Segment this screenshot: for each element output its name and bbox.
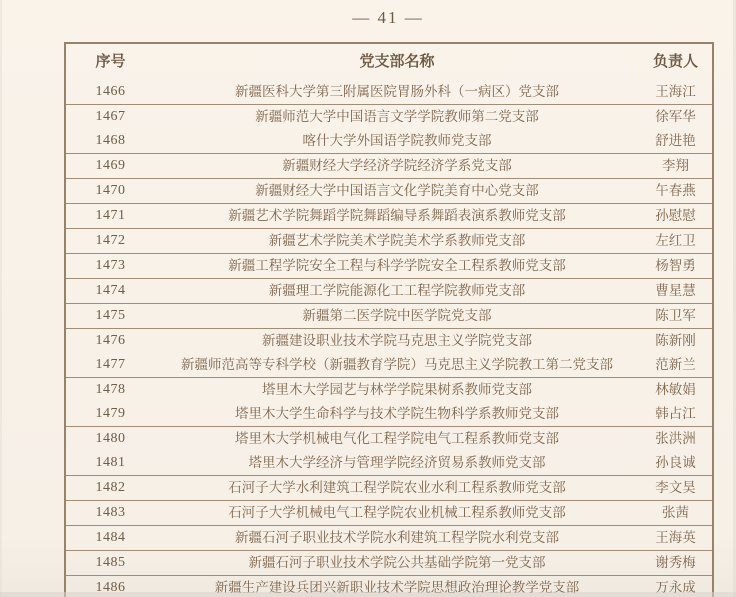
document-page: — 41 — 序号 党支部名称 负责人 1466新疆医科大学第三附属医院胃肠外科…	[0, 0, 736, 597]
table-row: 1477新疆师范高等专科学校（新疆教育学院）马克思主义学院教工第二党支部范新兰	[65, 353, 713, 378]
row-branch-name: 新疆第二医学院中医学院党支部	[155, 304, 639, 329]
row-leader-name: 谢秀梅	[639, 551, 713, 576]
table-row: 1484新疆石河子职业技术学院水利建筑工程学院水利党支部王海英	[65, 526, 713, 551]
table-row: 1482石河子大学水利建筑工程学院农业水利工程系教师党支部李文昊	[65, 476, 713, 501]
row-branch-name: 新疆财经大学中国语言文化学院美育中心党支部	[155, 179, 639, 204]
table-row: 1468喀什大学外国语学院教师党支部舒进艳	[65, 129, 713, 154]
row-leader-name: 王海英	[639, 526, 713, 551]
row-leader-name: 韩占江	[639, 402, 713, 427]
row-index: 1476	[65, 329, 155, 354]
row-branch-name: 塔里木大学机械电气化工程学院电气工程系教师党支部	[155, 427, 639, 452]
row-leader-name: 孙慰慰	[639, 204, 713, 229]
row-branch-name: 新疆理工学院能源化工工程学院教师党支部	[155, 279, 639, 304]
table-row: 1475新疆第二医学院中医学院党支部陈卫军	[65, 304, 713, 329]
row-index: 1475	[65, 304, 155, 329]
row-branch-name: 新疆艺术学院美术学院美术学系教师党支部	[155, 229, 639, 254]
photo-edge-left	[0, 0, 2, 597]
row-index: 1485	[65, 551, 155, 576]
table-row: 1470新疆财经大学中国语言文化学院美育中心党支部午春燕	[65, 179, 713, 204]
row-index: 1478	[65, 378, 155, 403]
row-branch-name: 喀什大学外国语学院教师党支部	[155, 129, 639, 154]
row-branch-name: 新疆石河子职业技术学院公共基础学院第一党支部	[155, 551, 639, 576]
table-row: 1467新疆师范大学中国语言文学学院教师第二党支部徐军华	[65, 105, 713, 130]
row-branch-name: 塔里木大学生命科学与技术学院生物科学系教师党支部	[155, 402, 639, 427]
table-row: 1472新疆艺术学院美术学院美术学系教师党支部左红卫	[65, 229, 713, 254]
table-row: 1478塔里木大学园艺与林学学院果树系教师党支部林敏娟	[65, 378, 713, 403]
header-index: 序号	[65, 43, 155, 80]
row-index: 1482	[65, 476, 155, 501]
row-index: 1467	[65, 105, 155, 130]
row-branch-name: 石河子大学水利建筑工程学院农业水利工程系教师党支部	[155, 476, 639, 501]
table-row: 1473新疆工程学院安全工程与科学学院安全工程系教师党支部杨智勇	[65, 254, 713, 279]
row-branch-name: 新疆建设职业技术学院马克思主义学院党支部	[155, 329, 639, 354]
row-leader-name: 曹星慧	[639, 279, 713, 304]
row-index: 1474	[65, 279, 155, 304]
photo-edge-bottom	[0, 592, 736, 597]
row-leader-name: 舒进艳	[639, 129, 713, 154]
row-branch-name: 塔里木大学园艺与林学学院果树系教师党支部	[155, 378, 639, 403]
row-leader-name: 陈卫军	[639, 304, 713, 329]
row-leader-name: 李翔	[639, 154, 713, 179]
party-branch-table: 序号 党支部名称 负责人 1466新疆医科大学第三附属医院胃肠外科（一病区）党支…	[64, 42, 714, 597]
header-leader: 负责人	[639, 43, 713, 80]
row-leader-name: 陈新刚	[639, 329, 713, 354]
row-leader-name: 杨智勇	[639, 254, 713, 279]
row-index: 1472	[65, 229, 155, 254]
row-index: 1477	[65, 353, 155, 378]
page-number: — 41 —	[64, 8, 712, 28]
row-branch-name: 新疆医科大学第三附属医院胃肠外科（一病区）党支部	[155, 80, 639, 105]
row-leader-name: 午春燕	[639, 179, 713, 204]
row-leader-name: 范新兰	[639, 353, 713, 378]
row-index: 1484	[65, 526, 155, 551]
row-leader-name: 林敏娟	[639, 378, 713, 403]
row-branch-name: 塔里木大学经济与管理学院经济贸易系教师党支部	[155, 451, 639, 476]
row-index: 1468	[65, 129, 155, 154]
row-leader-name: 左红卫	[639, 229, 713, 254]
row-branch-name: 新疆工程学院安全工程与科学学院安全工程系教师党支部	[155, 254, 639, 279]
row-leader-name: 李文昊	[639, 476, 713, 501]
row-index: 1483	[65, 501, 155, 526]
row-branch-name: 石河子大学机械电气工程学院农业机械工程系教师党支部	[155, 501, 639, 526]
table-row: 1483石河子大学机械电气工程学院农业机械工程系教师党支部张茜	[65, 501, 713, 526]
table-row: 1485新疆石河子职业技术学院公共基础学院第一党支部谢秀梅	[65, 551, 713, 576]
table-row: 1471新疆艺术学院舞蹈学院舞蹈编导系舞蹈表演系教师党支部孙慰慰	[65, 204, 713, 229]
table-row: 1479塔里木大学生命科学与技术学院生物科学系教师党支部韩占江	[65, 402, 713, 427]
row-index: 1470	[65, 179, 155, 204]
table-row: 1480塔里木大学机械电气化工程学院电气工程系教师党支部张洪洲	[65, 427, 713, 452]
table-row: 1469新疆财经大学经济学院经济学系党支部李翔	[65, 154, 713, 179]
row-branch-name: 新疆财经大学经济学院经济学系党支部	[155, 154, 639, 179]
row-leader-name: 徐军华	[639, 105, 713, 130]
row-branch-name: 新疆艺术学院舞蹈学院舞蹈编导系舞蹈表演系教师党支部	[155, 204, 639, 229]
table-row: 1476新疆建设职业技术学院马克思主义学院党支部陈新刚	[65, 329, 713, 354]
row-leader-name: 张洪洲	[639, 427, 713, 452]
row-index: 1473	[65, 254, 155, 279]
row-branch-name: 新疆师范高等专科学校（新疆教育学院）马克思主义学院教工第二党支部	[155, 353, 639, 378]
row-index: 1469	[65, 154, 155, 179]
header-branch-name: 党支部名称	[155, 43, 639, 80]
row-branch-name: 新疆师范大学中国语言文学学院教师第二党支部	[155, 105, 639, 130]
row-branch-name: 新疆石河子职业技术学院水利建筑工程学院水利党支部	[155, 526, 639, 551]
row-index: 1471	[65, 204, 155, 229]
row-index: 1481	[65, 451, 155, 476]
table-row: 1474新疆理工学院能源化工工程学院教师党支部曹星慧	[65, 279, 713, 304]
row-leader-name: 张茜	[639, 501, 713, 526]
row-index: 1466	[65, 80, 155, 105]
row-leader-name: 孙良诚	[639, 451, 713, 476]
table-header: 序号 党支部名称 负责人	[65, 43, 713, 80]
table-row: 1466新疆医科大学第三附属医院胃肠外科（一病区）党支部王海江	[65, 80, 713, 105]
row-index: 1479	[65, 402, 155, 427]
table-body: 1466新疆医科大学第三附属医院胃肠外科（一病区）党支部王海江1467新疆师范大…	[65, 80, 713, 597]
table-row: 1481塔里木大学经济与管理学院经济贸易系教师党支部孙良诚	[65, 451, 713, 476]
row-leader-name: 王海江	[639, 80, 713, 105]
row-index: 1480	[65, 427, 155, 452]
